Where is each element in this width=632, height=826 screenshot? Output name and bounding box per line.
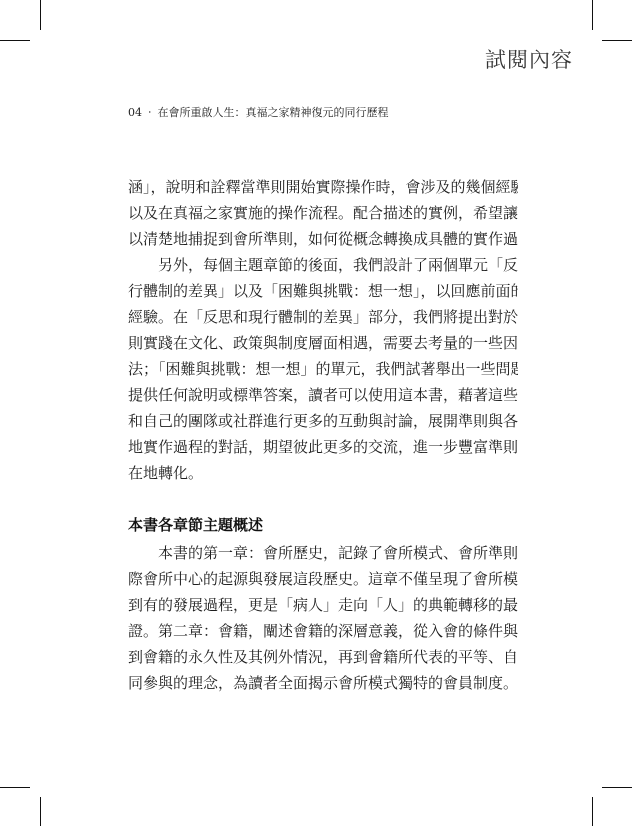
text-line: 行體制的差異」以及「困難與挑戰：想一想」，以回應前面的實作 bbox=[128, 278, 518, 304]
text-line: 到會籍的永久性及其例外情況，再到會籍所代表的平等、自願與共 bbox=[128, 644, 518, 670]
crop-mark-top-right-horizontal bbox=[602, 40, 632, 41]
page-number: 04 bbox=[128, 106, 142, 119]
text-line: 涵」，說明和詮釋當準則開始實際操作時，會涉及的幾個經驗面向， bbox=[128, 174, 518, 200]
crop-mark-top-right-vertical bbox=[592, 0, 593, 30]
text-line: 際會所中心的起源與發展這段歷史。這章不僅呈現了會所模式從無 bbox=[128, 566, 518, 592]
text-line: 和自己的團隊或社群進行更多的互動與討論，展開準則與各會所在 bbox=[128, 408, 518, 434]
book-title: 在會所重啟人生：真福之家精神復元的同行歷程 bbox=[158, 106, 389, 119]
crop-mark-bottom-right-horizontal bbox=[602, 787, 632, 788]
text-line: 同參與的理念，為讀者全面揭示會所模式獨特的會員制度。第三 bbox=[128, 670, 518, 696]
text-line: 以及在真福之家實施的操作流程。配合描述的實例，希望讓讀者可 bbox=[128, 200, 518, 226]
section-heading: 本書各章節主題概述 bbox=[128, 514, 263, 535]
crop-mark-top-left-vertical bbox=[40, 0, 41, 30]
text-line: 本書的第一章：會所歷史，記錄了會所模式、會所準則以及國 bbox=[128, 540, 518, 566]
text-line: 經驗。在「反思和現行體制的差異」部分，我們將提出對於會所準 bbox=[128, 304, 518, 330]
crop-mark-bottom-right-vertical bbox=[592, 797, 593, 826]
preview-label: 試閱內容 bbox=[485, 44, 573, 74]
crop-mark-bottom-left-horizontal bbox=[0, 787, 30, 788]
text-line: 則實踐在文化、政策與制度層面相遇，需要去考量的一些因素和看 bbox=[128, 330, 518, 356]
text-line: 在地轉化。 bbox=[128, 460, 518, 486]
header-separator: ‧ bbox=[148, 106, 152, 119]
text-line: 法；「困難與挑戰：想一想」的單元，我們試著舉出一些問題，並不 bbox=[128, 356, 518, 382]
text-line: 證。第二章：會籍，闡述會籍的深層意義，從入會的條件與流程， bbox=[128, 618, 518, 644]
text-line: 地實作過程的對話，期望彼此更多的交流，進一步豐富準則內涵的 bbox=[128, 434, 518, 460]
crop-mark-top-left-horizontal bbox=[0, 40, 30, 41]
body-text: 涵」，說明和詮釋當準則開始實際操作時，會涉及的幾個經驗面向， 以及在真福之家實施… bbox=[128, 174, 518, 486]
section-body: 本書的第一章：會所歷史，記錄了會所模式、會所準則以及國 際會所中心的起源與發展這… bbox=[128, 540, 518, 696]
text-line: 另外，每個主題章節的後面，我們設計了兩個單元「反思和現 bbox=[128, 252, 518, 278]
text-line: 提供任何說明或標準答案，讀者可以使用這本書，藉著這些提問， bbox=[128, 382, 518, 408]
text-line: 到有的發展過程，更是「病人」走向「人」的典範轉移的最好見 bbox=[128, 592, 518, 618]
running-header: 04‧在會所重啟人生：真福之家精神復元的同行歷程 bbox=[128, 104, 389, 120]
crop-mark-bottom-left-vertical bbox=[40, 797, 41, 826]
text-line: 以清楚地捕捉到會所準則，如何從概念轉換成具體的實作過程。 bbox=[128, 226, 518, 252]
